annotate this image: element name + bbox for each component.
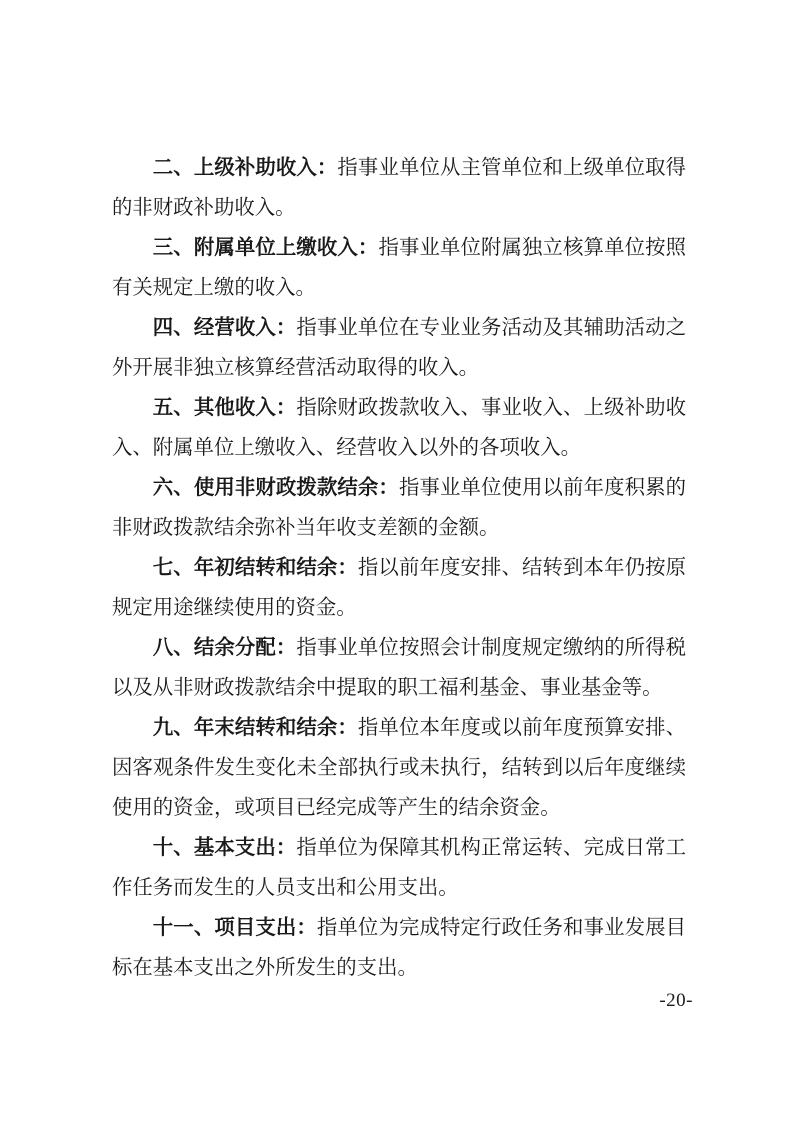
term-label: 五、其他收入：: [153, 397, 297, 419]
definition-paragraph: 四、经营收入：指事业单位在专业业务活动及其辅助活动之外开展非独立核算经营活动取得…: [112, 308, 686, 388]
term-label: 六、使用非财政拨款结余：: [153, 477, 399, 499]
definition-paragraph: 七、年初结转和结余：指以前年度安排、结转到本年仍按原规定用途继续使用的资金。: [112, 548, 686, 628]
definition-paragraph: 六、使用非财政拨款结余：指事业单位使用以前年度积累的非财政拨款结余弥补当年收支差…: [112, 468, 686, 548]
page-number: -20-: [659, 990, 693, 1012]
definition-paragraph: 十、基本支出：指单位为保障其机构正常运转、完成日常工作任务而发生的人员支出和公用…: [112, 828, 686, 908]
definition-paragraph: 五、其他收入：指除财政拨款收入、事业收入、上级补助收入、附属单位上缴收入、经营收…: [112, 388, 686, 468]
definition-paragraph: 十一、项目支出：指单位为完成特定行政任务和事业发展目标在基本支出之外所发生的支出…: [112, 908, 686, 988]
term-label: 十、基本支出：: [153, 837, 297, 859]
definition-paragraph: 九、年末结转和结余：指单位本年度或以前年度预算安排、因客观条件发生变化未全部执行…: [112, 708, 686, 828]
term-label: 四、经营收入：: [153, 317, 297, 339]
definition-paragraph: 三、附属单位上缴收入：指事业单位附属独立核算单位按照有关规定上缴的收入。: [112, 228, 686, 308]
term-label: 九、年末结转和结余：: [153, 717, 358, 739]
document-page: 二、上级补助收入：指事业单位从主管单位和上级单位取得的非财政补助收入。 三、附属…: [0, 0, 793, 1122]
definition-paragraph: 八、结余分配：指事业单位按照会计制度规定缴纳的所得税以及从非财政拨款结余中提取的…: [112, 628, 686, 708]
term-label: 十一、项目支出：: [153, 917, 317, 939]
term-label: 七、年初结转和结余：: [153, 557, 358, 579]
term-label: 二、上级补助收入：: [153, 157, 338, 179]
definition-paragraph: 二、上级补助收入：指事业单位从主管单位和上级单位取得的非财政补助收入。: [112, 148, 686, 228]
term-label: 八、结余分配：: [153, 637, 297, 659]
term-label: 三、附属单位上缴收入：: [153, 237, 379, 259]
document-body: 二、上级补助收入：指事业单位从主管单位和上级单位取得的非财政补助收入。 三、附属…: [112, 148, 686, 988]
